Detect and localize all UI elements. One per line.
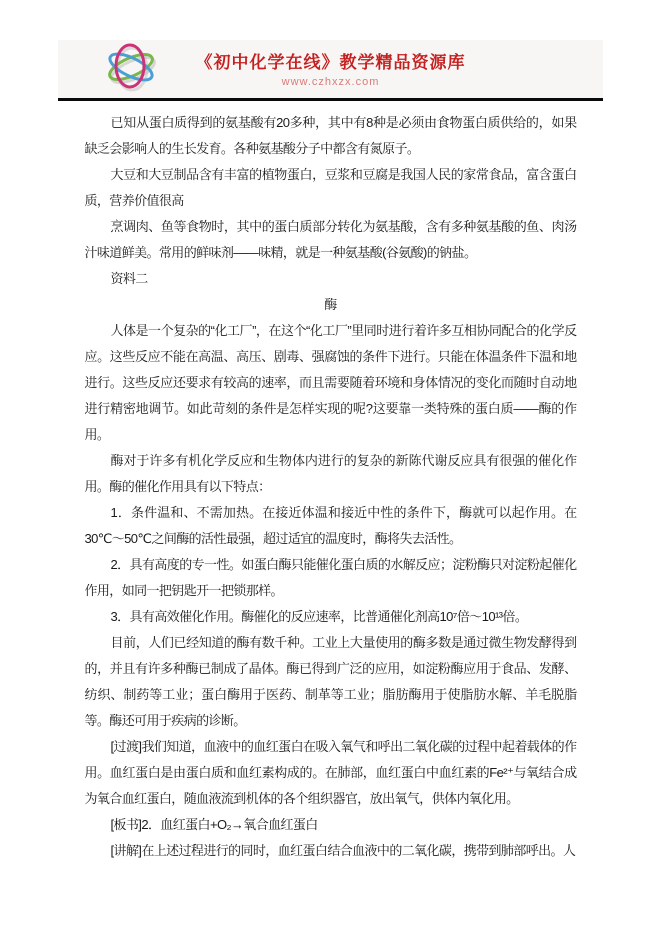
paragraph-explanation: [讲解]在上述过程进行的同时，血红蛋白结合血液中的二氧化碳，携带到肺部呼出。人 <box>85 838 577 864</box>
paragraph-human-factory: 人体是一个复杂的“化工厂”，在这个“化工厂”里同时进行着许多互相协同配合的化学反… <box>85 318 577 448</box>
paragraph-feature-1: 1．条件温和、不需加热。在接近体温和接近中性的条件下，酶就可以起作用。在30℃～… <box>85 500 577 552</box>
paragraph-feature-2: 2．具有高度的专一性。如蛋白酶只能催化蛋白质的水解反应；淀粉酶只对淀粉起催化作用… <box>85 552 577 604</box>
paragraph-board-equation: [板书]2．血红蛋白+O₂→氧合血红蛋白 <box>85 812 577 838</box>
paragraph-material-two: 资料二 <box>85 266 577 292</box>
header-text-block: 《初中化学在线》教学精品资源库 www.czhxzx.com <box>58 48 603 88</box>
paragraph-cooking-msg: 烹调肉、鱼等食物时，其中的蛋白质部分转化为氨基酸，含有多种氨基酸的鱼、肉汤汁味道… <box>85 214 577 266</box>
paragraph-feature-3: 3．具有高效催化作用。酶催化的反应速率，比普通催化剂高10⁷倍～10¹³倍。 <box>85 604 577 630</box>
site-url: www.czhxzx.com <box>58 76 603 88</box>
paragraph-soy-products: 大豆和大豆制品含有丰富的植物蛋白，豆浆和豆腐是我国人民的家常食品，富含蛋白质，营… <box>85 162 577 214</box>
heading-enzyme: 酶 <box>85 292 577 318</box>
document-body: 已知从蛋白质得到的氨基酸有20多种，其中有8种是必须由食物蛋白质供给的，如果缺乏… <box>85 110 577 864</box>
paragraph-transition-hemoglobin: [过渡]我们知道，血液中的血红蛋白在吸入氧气和呼出二氧化碳的过程中起着载体的作用… <box>85 734 577 812</box>
site-header: 《初中化学在线》教学精品资源库 www.czhxzx.com <box>58 40 603 101</box>
site-title: 《初中化学在线》教学精品资源库 <box>58 48 603 73</box>
paragraph-enzyme-uses: 目前，人们已经知道的酶有数千种。工业上大量使用的酶多数是通过微生物发酵得到的，并… <box>85 630 577 734</box>
paragraph-amino-acids: 已知从蛋白质得到的氨基酸有20多种，其中有8种是必须由食物蛋白质供给的，如果缺乏… <box>85 110 577 162</box>
paragraph-enzyme-catalysis: 酶对于许多有机化学反应和生物体内进行的复杂的新陈代谢反应具有很强的催化作用。酶的… <box>85 448 577 500</box>
